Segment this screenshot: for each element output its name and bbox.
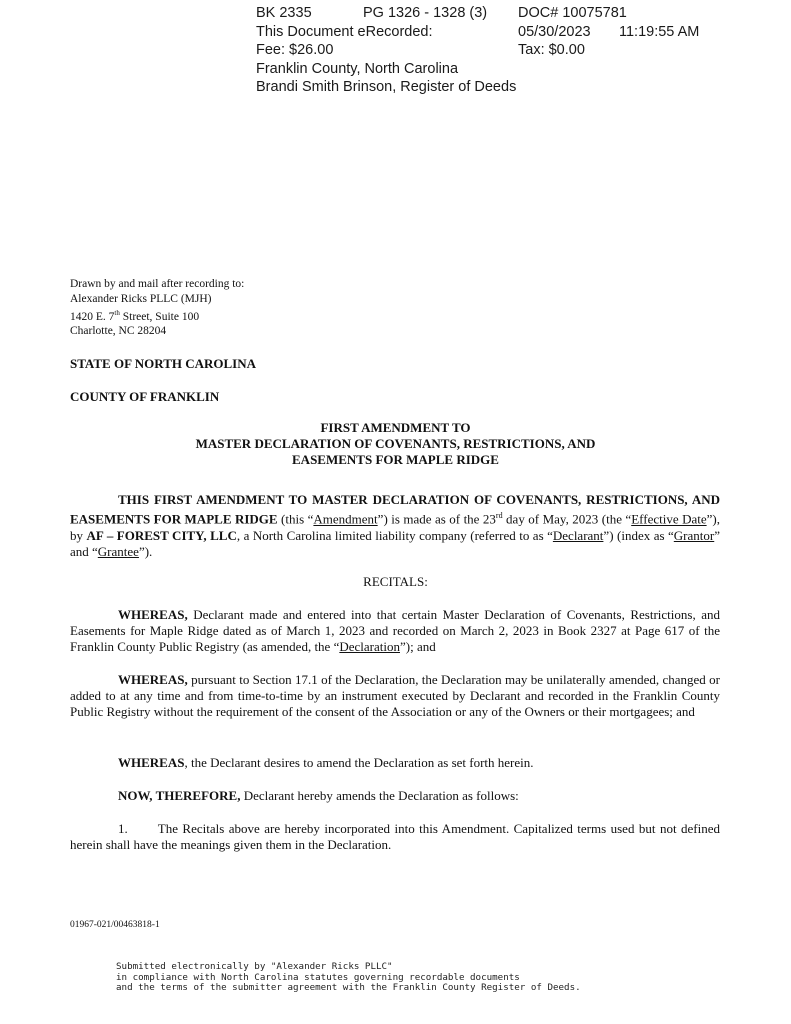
drawn-by-street: 1420 E. 7th Street, Suite 100 [70,306,244,324]
document-id-footer: 01967-021/00463818-1 [70,920,160,930]
recording-stamp: BK 2335 PG 1326 - 1328 (3) DOC# 10075781… [256,4,516,97]
recitals-heading: RECITALS: [0,574,791,590]
county-state: Franklin County, North Carolina [256,61,458,77]
drawn-by-block: Drawn by and mail after recording to: Al… [70,277,244,339]
doc-number: DOC# 10075781 [518,4,627,23]
now-therefore: NOW, THEREFORE, Declarant hereby amends … [70,788,720,804]
section-1: 1.The Recitals above are hereby incorpor… [70,821,720,853]
document-title: FIRST AMENDMENT TO MASTER DECLARATION OF… [0,420,791,468]
intro-paragraph: THIS FIRST AMENDMENT TO MASTER DECLARATI… [70,492,720,560]
drawn-by-city: Charlotte, NC 28204 [70,324,244,339]
drawn-by-firm: Alexander Ricks PLLC (MJH) [70,292,244,307]
efile-notice: Submitted electronically by "Alexander R… [116,962,581,994]
page-range: PG 1326 - 1328 (3) [363,4,487,23]
state-heading: STATE OF NORTH CAROLINA [70,356,256,372]
county-heading: COUNTY OF FRANKLIN [70,389,219,405]
erecorded-time: 11:19:55 AM [619,23,699,42]
register-of-deeds: Brandi Smith Brinson, Register of Deeds [256,79,516,95]
erecorded-date: 05/30/2023 [518,23,591,42]
recital-2: WHEREAS, pursuant to Section 17.1 of the… [70,672,720,721]
recital-1: WHEREAS, Declarant made and entered into… [70,607,720,656]
fee: Fee: $26.00 [256,42,333,58]
recital-3: WHEREAS, the Declarant desires to amend … [70,755,720,771]
book-number: BK 2335 [256,5,312,21]
drawn-by-line: Drawn by and mail after recording to: [70,277,244,292]
erecorded-label: This Document eRecorded: [256,24,433,40]
tax: Tax: $0.00 [518,41,585,60]
